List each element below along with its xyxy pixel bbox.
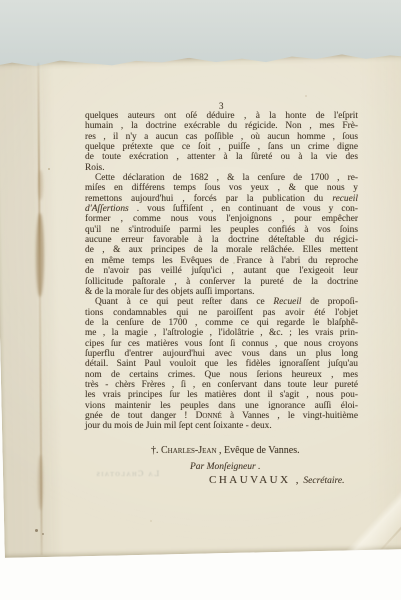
foxing-speck (150, 520, 152, 522)
crease-stain (36, 213, 44, 297)
foxing-speck (35, 529, 38, 532)
text-line: détail. Saint Paul vouloit que les fidèl… (85, 359, 358, 369)
text-line: Quant à ce qui peut reſter dans ce Recue… (85, 297, 358, 307)
signature-line-secretary: CHAUVAUX , Secrétaire. (209, 474, 344, 486)
text-line: nom de certains crimes. Que nous ſerions… (85, 370, 358, 380)
text-line: Cette déclaration de 1682 , & la cenſure… (85, 173, 358, 183)
crease-stain (38, 455, 43, 510)
text-line: qu'il ne s'introduiſe parmi les peuples … (85, 225, 358, 235)
text-line: quelque prétexte que ce ſoit , puiſſe , … (85, 142, 358, 152)
text-line: cipes ſur ces matières vous ſont ſi conn… (85, 339, 358, 349)
foxing-speck (48, 168, 50, 170)
text-line: Rois. (85, 163, 358, 173)
text-line: ſollicitude paſtorale , à conſerver la p… (85, 277, 358, 287)
text-line: vions maintenir les peuples dans une ign… (85, 401, 358, 411)
text-block: quelques auteurs ont oſé déduire , à la … (85, 111, 358, 432)
text-line: humain , la doctrine exécrable du régici… (85, 121, 358, 131)
foxing-speck (42, 533, 44, 535)
text-line: d'Aſſertions . vous ſuffiſent , en conti… (85, 204, 358, 214)
text-line: les vrais principes ſur les matières don… (85, 390, 358, 400)
crease-stain (38, 170, 43, 200)
text-line: de n'avoir pas veillé juſqu'ici , autant… (85, 266, 358, 276)
text-line: de toute exécration , attenter à la ſûre… (85, 152, 358, 162)
signature-line-par-monseigneur: Par Monſeigneur . (190, 462, 260, 472)
text-line: de la cenſure de 1700 , comme ce qui reg… (85, 318, 358, 328)
text-line: ſuperflu d'entrer aujourd'hui avec vous … (85, 349, 358, 359)
text-line: très - chèrs Frères , ſi , en conſervant… (85, 380, 358, 390)
text-line: quelques auteurs ont oſé déduire , à la … (85, 111, 358, 121)
text-line: en même temps les Evêques de France à l'… (85, 256, 358, 266)
text-line: miſes en différens temps ſous vos yeux ,… (85, 183, 358, 193)
text-line: res , il n'y a aucun cas poſſible , où a… (85, 132, 358, 142)
text-line: me , la magie , l'aſtrologie , l'idolâtr… (85, 328, 358, 338)
signature-line-bishop: †. Charles-Jean , Evêque de Vannes. (151, 445, 300, 456)
text-line: jour du mois de Juin mil ſept cent ſoixa… (85, 421, 358, 431)
text-line: former , comme nous vous l'enjoignons , … (85, 214, 358, 224)
text-line: aucune erreur favorable à la doctrine dé… (85, 235, 358, 245)
text-line: gnée de tout danger ! Donné à Vannes , l… (85, 411, 358, 421)
document-photo: La Chalotais 3 quelques auteurs ont oſé … (0, 0, 401, 600)
text-line: tions condamnables qui ne paroiſſent pas… (85, 308, 358, 318)
page-number: 3 (219, 101, 224, 111)
bleedthrough-text: La Chalotais (95, 469, 159, 478)
text-line: & de la morale ſur des objets auſſi impo… (85, 287, 358, 297)
text-line: remettons aujourd'hui , forcés par la pu… (85, 194, 358, 204)
foxing-speck (305, 95, 307, 97)
text-line: de , & aux principes de la morale relâch… (85, 245, 358, 255)
